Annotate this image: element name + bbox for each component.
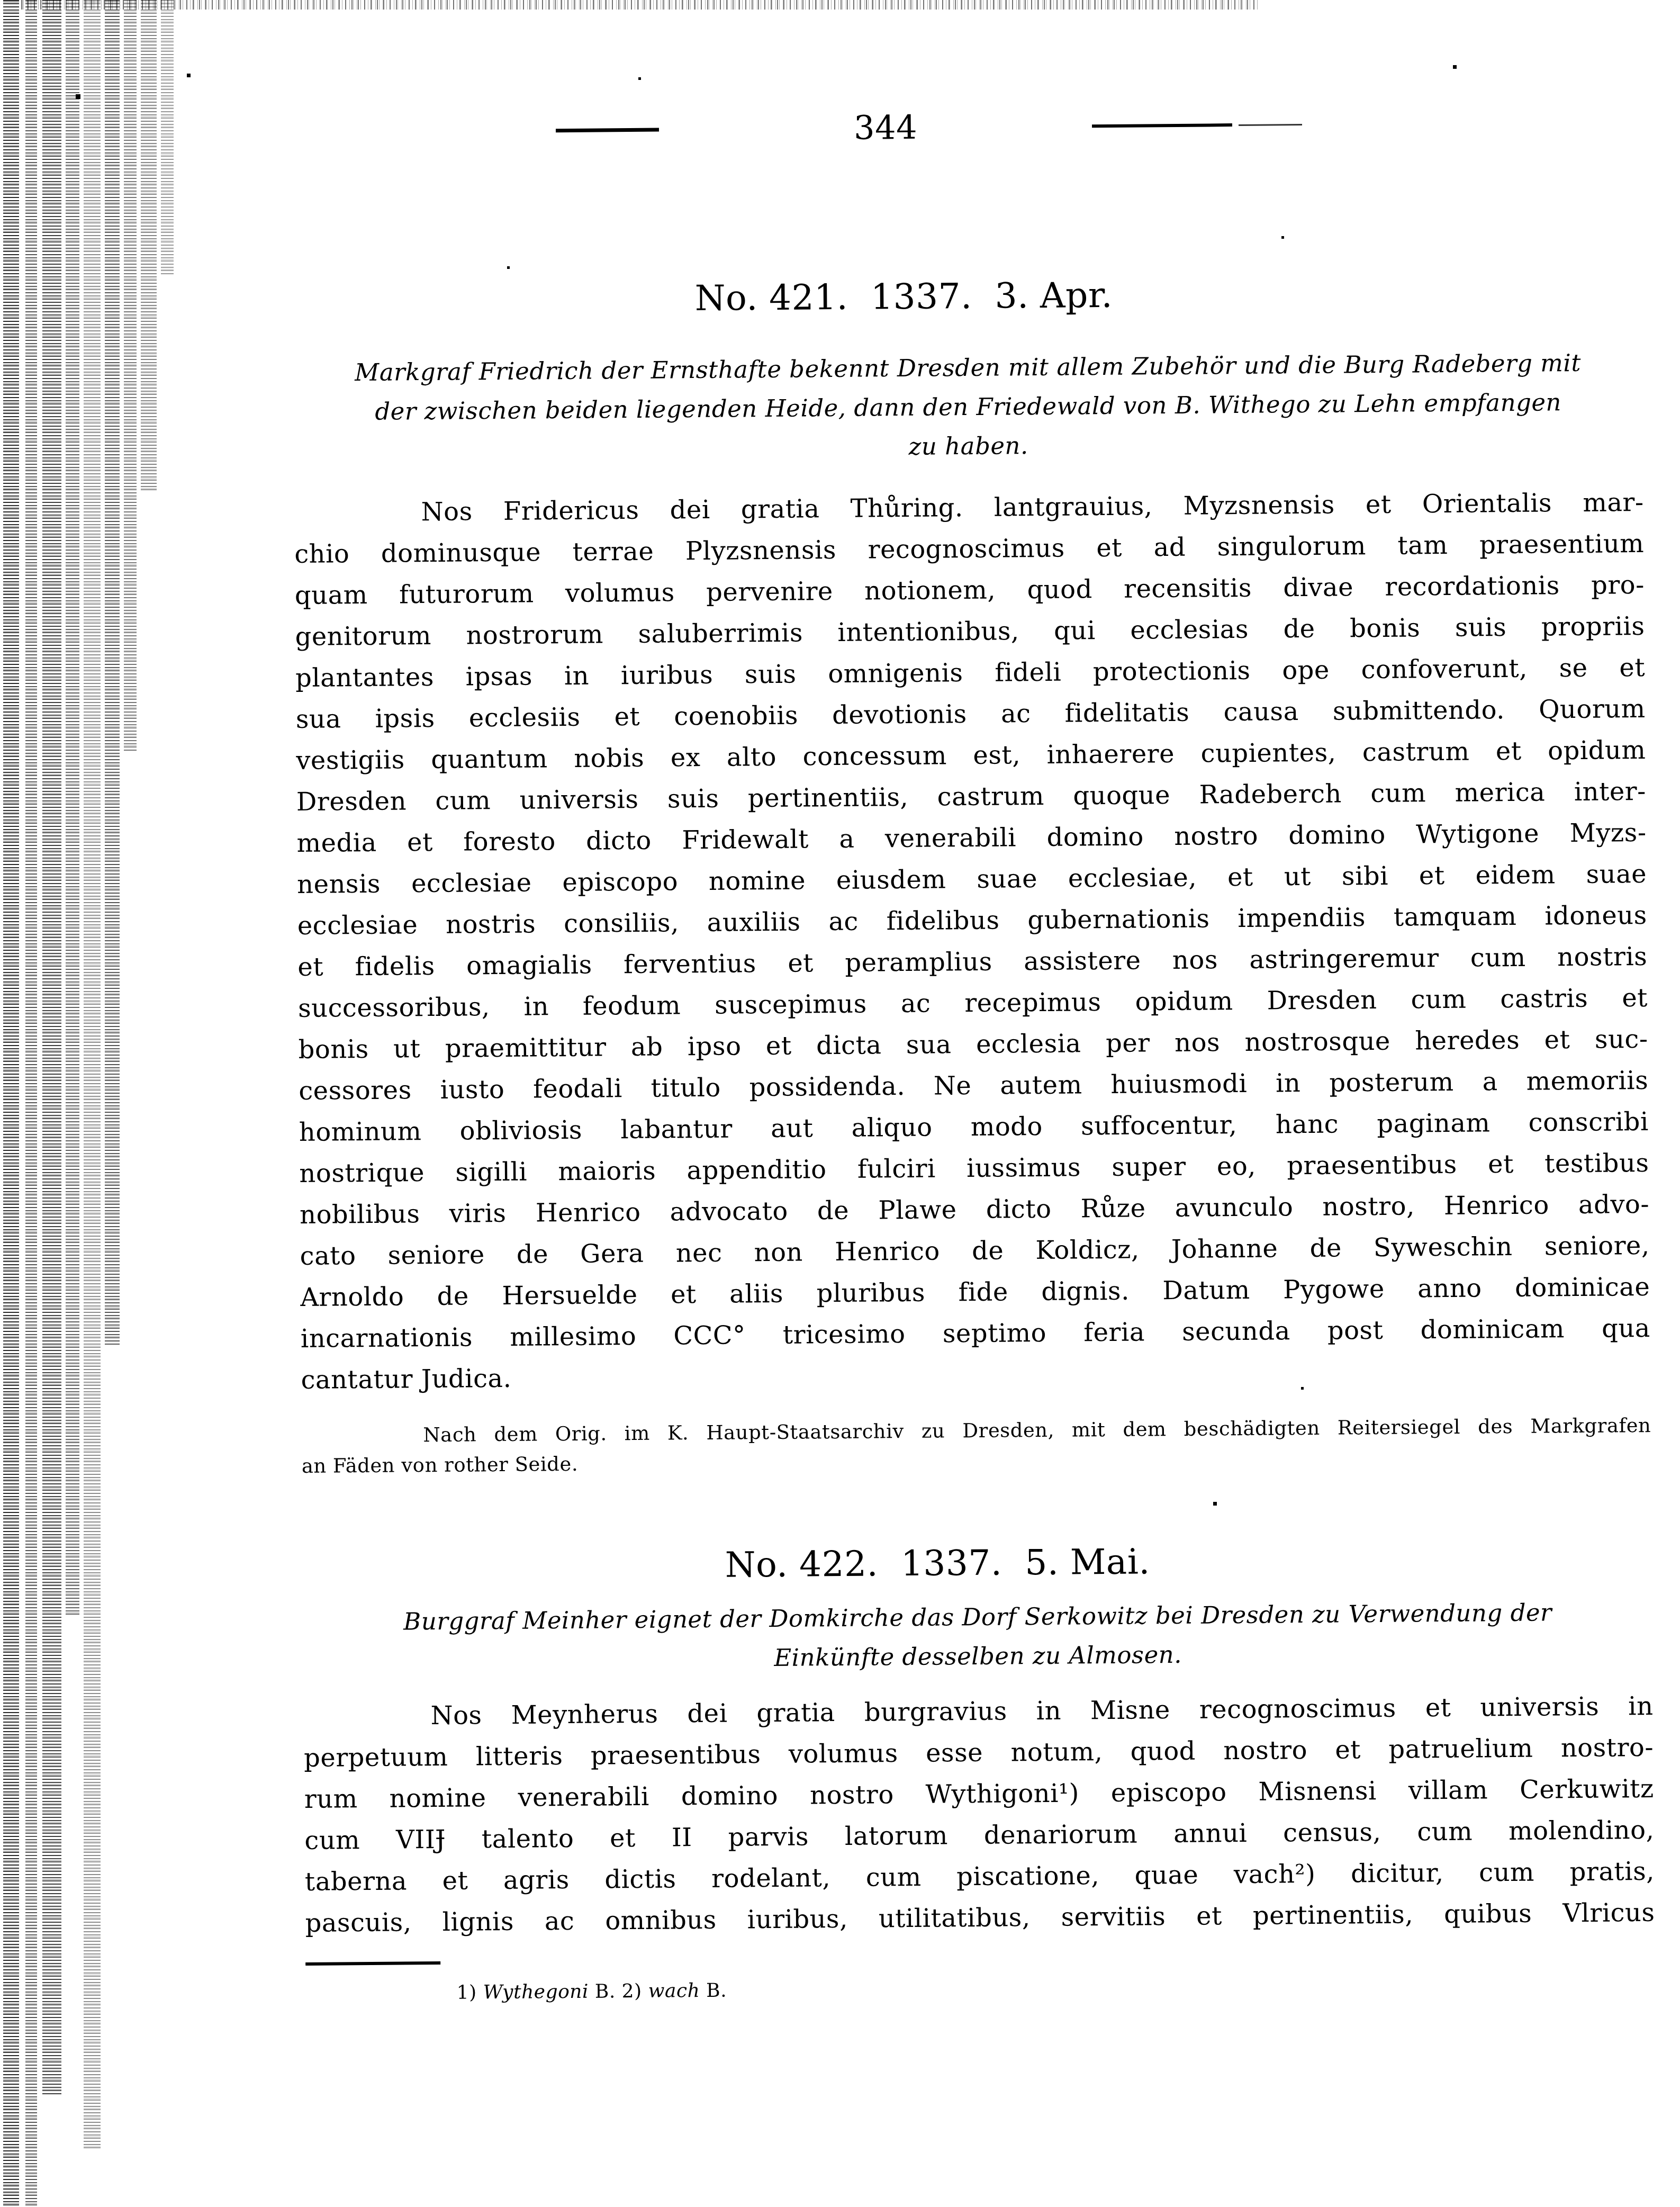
charter-entry-422: No. 422. 1337. 5. Mai. Burggraf Meinher … bbox=[302, 1537, 1655, 1944]
header-rule-right-tail bbox=[1239, 124, 1302, 126]
header-rule-left bbox=[556, 128, 659, 132]
footnote-segment: B. bbox=[700, 1980, 727, 2002]
scan-streak bbox=[3, 0, 19, 2207]
footnote-segment: B. 2) bbox=[589, 1980, 648, 2003]
scan-streak bbox=[25, 0, 37, 2207]
scan-streak bbox=[161, 0, 174, 275]
scan-streak bbox=[105, 0, 120, 1345]
page-header: 344 bbox=[254, 104, 1604, 151]
scan-streak bbox=[66, 0, 79, 1615]
entry-heading: No. 421. 1337. 3. Apr. bbox=[229, 271, 1579, 323]
scan-streak bbox=[124, 0, 137, 752]
footnote-separator-rule bbox=[305, 1961, 440, 1966]
entry-heading: No. 422. 1337. 5. Mai. bbox=[263, 1537, 1613, 1590]
scan-specks bbox=[0, 0, 1, 1]
scan-streak bbox=[141, 0, 157, 492]
footnote-segment: 1) bbox=[456, 1981, 483, 2003]
footnotes-section: 1) Wythegoni B. 2) wach B. bbox=[305, 1952, 1656, 2008]
header-rule-right bbox=[1092, 123, 1232, 128]
entry-summary: Burggraf Meinher eignet der Domkirche da… bbox=[303, 1592, 1653, 1681]
entry-summary: Markgraf Friedrich der Ernsthafte bekenn… bbox=[293, 343, 1643, 471]
charter-entry-421: No. 421. 1337. 3. Apr. Markgraf Friedric… bbox=[292, 270, 1651, 1481]
footnote-variant-reading: Wythegoni bbox=[483, 1981, 589, 2004]
scan-streak bbox=[42, 0, 61, 2096]
source-note: Nach dem Orig. im K. Haupt-Staatsarchiv … bbox=[301, 1410, 1651, 1481]
scan-streak bbox=[84, 0, 101, 2149]
entry-body: Nos Fridericus dei gratia Thůring. lantg… bbox=[294, 482, 1650, 1401]
page-number: 344 bbox=[854, 109, 917, 147]
footnote-variant-reading: wach bbox=[648, 1980, 700, 2002]
footnote-text: 1) Wythegoni B. 2) wach B. bbox=[456, 1970, 1655, 2007]
page-content: 344 No. 421. 1337. 3. Apr. Markgraf Frie… bbox=[290, 0, 1656, 2008]
entry-body: Nos Meynherus dei gratia burgravius in M… bbox=[303, 1686, 1655, 1944]
scanned-book-page: 344 No. 421. 1337. 3. Apr. Markgraf Frie… bbox=[0, 0, 1680, 2207]
